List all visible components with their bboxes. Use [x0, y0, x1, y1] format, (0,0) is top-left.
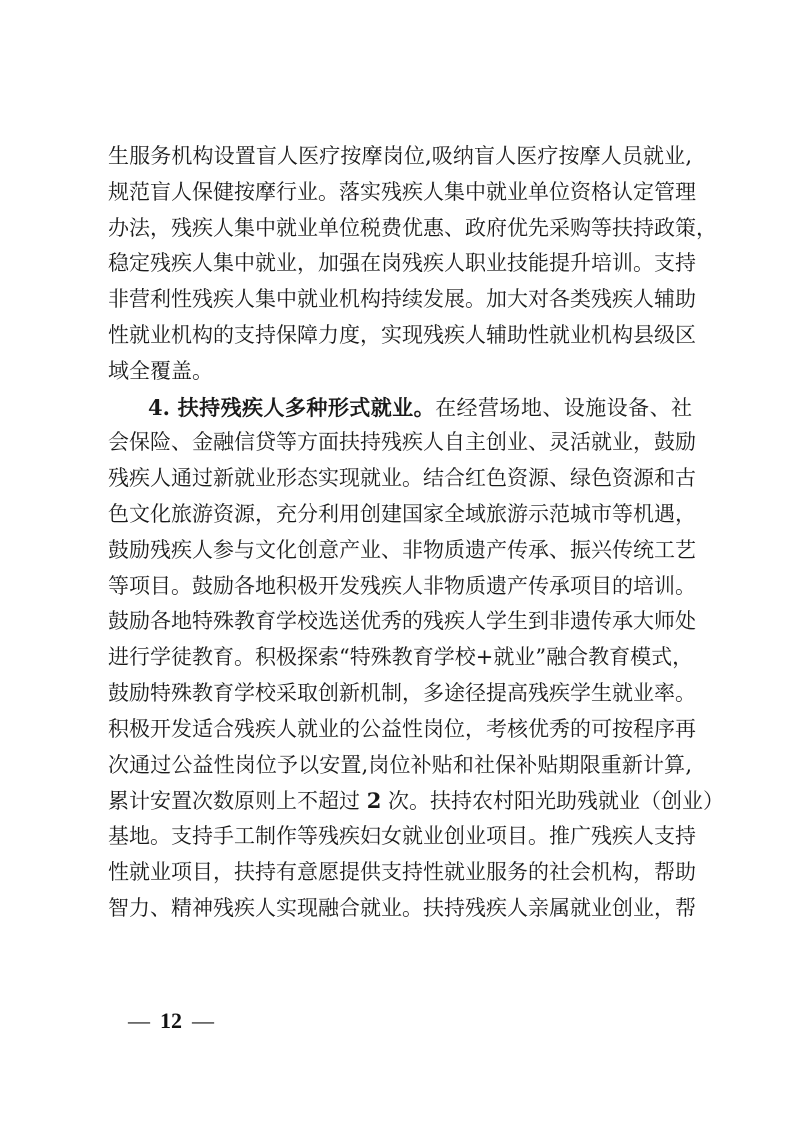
dash-left: — — [128, 1008, 150, 1033]
document-page: 生服务机构设置盲人医疗按摩岗位,吸纳盲人医疗按摩人员就业, 规范盲人保健按摩行业… — [0, 0, 793, 1122]
paragraph-2: 4. 扶持残疾人多种形式就业。在经营场地、设施设备、社 会保险、金融信贷等方面扶… — [108, 390, 692, 927]
text-line: 域全覆盖。 — [108, 354, 692, 390]
text-line: 累计安置次数原则上不超过 2 次。扶持农村阳光助残就业（创业） — [108, 783, 692, 819]
text-line: 基地。支持手工制作等残疾妇女就业创业项目。推广残疾人支持 — [108, 819, 692, 855]
dash-right: — — [192, 1008, 214, 1033]
text-line: 色文化旅游资源，充分利用创建国家全域旅游示范城市等机遇， — [108, 497, 692, 533]
paragraph-1: 生服务机构设置盲人医疗按摩岗位,吸纳盲人医疗按摩人员就业, 规范盲人保健按摩行业… — [108, 139, 692, 390]
text-line: 进行学徒教育。积极探索“特殊教育学校+就业”融合教育模式， — [108, 640, 692, 676]
text-line: 等项目。鼓励各地积极开发残疾人非物质遗产传承项目的培训。 — [108, 569, 692, 605]
count-number: 2 — [367, 788, 382, 813]
text-line: 非营利性残疾人集中就业机构持续发展。加大对各类残疾人辅助 — [108, 282, 692, 318]
text-span: 累计安置次数原则上不超过 — [108, 789, 367, 813]
text-line: 积极开发适合残疾人就业的公益性岗位，考核优秀的可按程序再 — [108, 712, 692, 748]
text-line: 鼓励各地特殊教育学校选送优秀的残疾人学生到非遗传承大师处 — [108, 604, 692, 640]
text-line: 规范盲人保健按摩行业。落实残疾人集中就业单位资格认定管理 — [108, 175, 692, 211]
text-line: 生服务机构设置盲人医疗按摩岗位,吸纳盲人医疗按摩人员就业, — [108, 139, 692, 175]
section-heading: 4. 扶持残疾人多种形式就业。 — [148, 395, 435, 420]
text-line: 性就业机构的支持保障力度，实现残疾人辅助性就业机构县级区 — [108, 318, 692, 354]
section-heading-line: 4. 扶持残疾人多种形式就业。在经营场地、设施设备、社 — [108, 390, 692, 426]
text-line: 次通过公益性岗位予以安置,岗位补贴和社保补贴期限重新计算, — [108, 748, 692, 784]
text-line: 智力、精神残疾人实现融合就业。扶持残疾人亲属就业创业，帮 — [108, 891, 692, 927]
page-number-footer: —12— — [128, 1008, 214, 1034]
text-span: 在经营场地、设施设备、社 — [435, 396, 692, 420]
text-line: 鼓励特殊教育学校采取创新机制，多途径提高残疾学生就业率。 — [108, 676, 692, 712]
text-span: 次。扶持农村阳光助残就业（创业） — [381, 789, 724, 813]
text-line: 稳定残疾人集中就业，加强在岗残疾人职业技能提升培训。支持 — [108, 246, 692, 282]
body-text: 生服务机构设置盲人医疗按摩岗位,吸纳盲人医疗按摩人员就业, 规范盲人保健按摩行业… — [108, 139, 692, 927]
text-line: 性就业项目，扶持有意愿提供支持性就业服务的社会机构，帮助 — [108, 855, 692, 891]
text-line: 办法，残疾人集中就业单位税费优惠、政府优先采购等扶持政策， — [108, 211, 692, 247]
text-line: 鼓励残疾人参与文化创意产业、非物质遗产传承、振兴传统工艺 — [108, 533, 692, 569]
text-line: 残疾人通过新就业形态实现就业。结合红色资源、绿色资源和古 — [108, 461, 692, 497]
page-number: 12 — [160, 1008, 182, 1033]
text-line: 会保险、金融信贷等方面扶持残疾人自主创业、灵活就业，鼓励 — [108, 425, 692, 461]
